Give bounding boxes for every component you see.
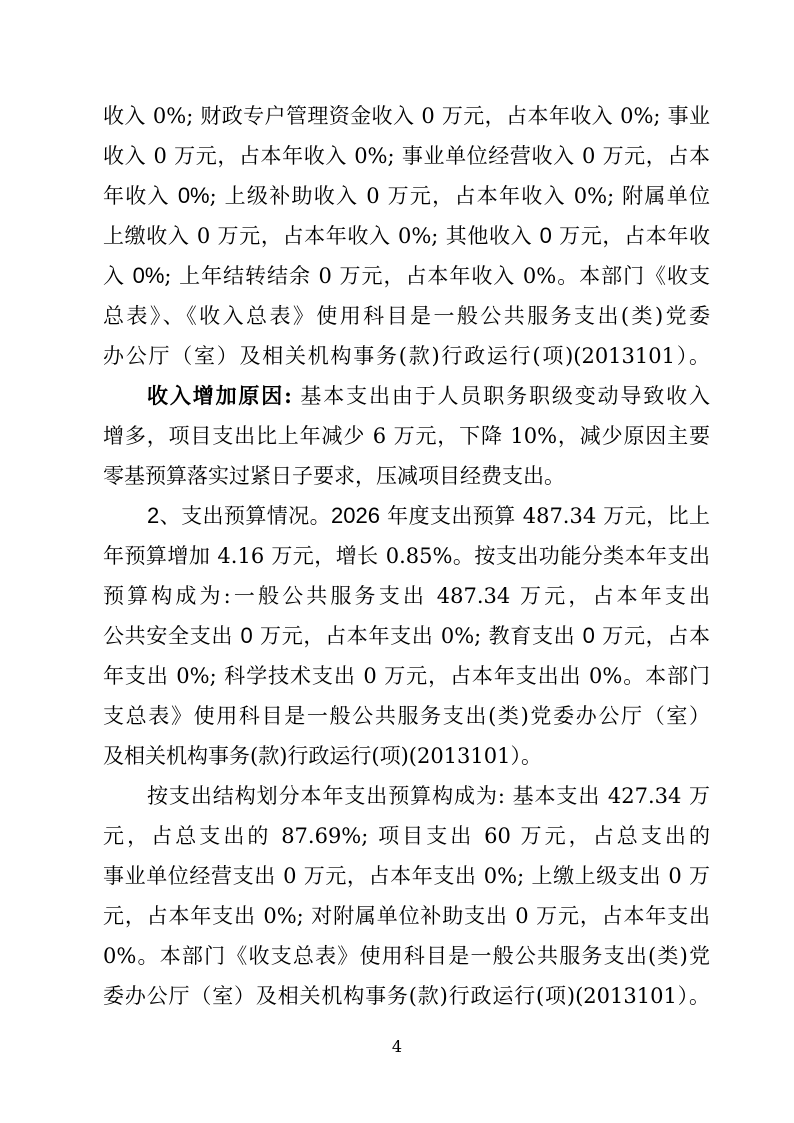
text-segment: 收入 0%; 财政专户管理资金收入 0 万元，占本年收入 0%; 事业: [103, 104, 710, 128]
text-line: 及相关机构事务(款)行政运行(项)(2013101）。: [103, 736, 710, 776]
text-line: 上缴收入 0 万元，占本年收入 0%; 其他收入 0 万元，占本年收: [103, 216, 710, 256]
numeric-highlight: 0: [583, 623, 595, 648]
text-segment: 零基预算落实过紧日子要求，压减项目经费支出。: [103, 464, 565, 488]
text-line: 事业单位经营支出 0 万元，占本年支出 0%; 上缴上级支出 0 万: [103, 856, 710, 896]
text-line: 收入 0 万元，占本年收入 0%; 事业单位经营收入 0 万元，占本: [103, 136, 710, 176]
text-segment: 委办公厅（室）及相关机构事务(款)行政运行(项)(2013101）。: [103, 984, 710, 1008]
text-segment: 事业单位经营支出 0 万元，占本年支出 0%; 上缴上级支出 0 万: [103, 864, 710, 888]
text-line: 年支出 0%; 科学技术支出 0 万元，占本年支出出 0%。本部门《收: [103, 656, 710, 696]
text-segment: 及相关机构事务(款)行政运行(项)(2013101）。: [103, 744, 542, 768]
numeric-highlight: 0: [540, 223, 552, 248]
paragraph: 按支出结构划分本年支出预算构成为: 基本支出 427.34 万元，占总支出的 8…: [103, 776, 710, 1016]
text-segment: 支总表》使用科目是一般公共服务支出(类)党委办公厅（室）: [103, 704, 710, 728]
page-number: 4: [0, 1038, 794, 1056]
text-segment: 预算构成为:一般公共服务支出 487.34 万元，占本年支出 100%;: [103, 584, 710, 616]
text-segment: 年预算增加 4.16 万元，增长 0.85%。按支出功能分类本年支出: [103, 544, 710, 568]
text-segment: 增多，项目支出比上年减少 6 万元，下降 10%，减少原因主要是:: [103, 424, 710, 456]
text-segment: 、支出预算情况。: [159, 504, 331, 528]
numeric-highlight: 0: [240, 623, 252, 648]
text-line: 元，占总支出的 87.69%; 项目支出 60 万元，占总支出的 12.31%;: [103, 816, 710, 856]
text-segment: 万元，占本: [595, 624, 710, 648]
text-line: 公共安全支出 0 万元，占本年支出 0%; 教育支出 0 万元，占本: [103, 616, 710, 656]
text-segment: 入: [103, 264, 133, 288]
text-line: 按支出结构划分本年支出预算构成为: 基本支出 427.34 万: [103, 776, 710, 816]
text-line: 年预算增加 4.16 万元，增长 0.85%。按支出功能分类本年支出: [103, 536, 710, 576]
document-page: 收入 0%; 财政专户管理资金收入 0 万元，占本年收入 0%; 事业收入 0 …: [0, 0, 794, 1123]
text-segment: 收入 0 万元，占本年收入 0%; 事业单位经营收入 0 万元，占本: [103, 144, 710, 168]
text-segment: 上缴收入 0 万元，占本年收入 0%; 其他收入: [103, 224, 540, 248]
text-line: 元，占本年支出 0%; 对附属单位补助支出 0 万元，占本年支出: [103, 896, 710, 936]
text-line: 支总表》使用科目是一般公共服务支出(类)党委办公厅（室）: [103, 696, 710, 736]
text-segment: 基本支出由于人员职务职级变动导致收入: [292, 384, 710, 408]
text-line: 总表》、《收入总表》使用科目是一般公共服务支出(类)党委: [103, 296, 710, 336]
text-line: 委办公厅（室）及相关机构事务(款)行政运行(项)(2013101）。: [103, 976, 710, 1016]
text-line: 0%。本部门《收支总表》使用科目是一般公共服务支出(类)党: [103, 936, 710, 976]
paragraph: 收入 0%; 财政专户管理资金收入 0 万元，占本年收入 0%; 事业收入 0 …: [103, 96, 710, 376]
text-line: 办公厅（室）及相关机构事务(款)行政运行(项)(2013101）。: [103, 336, 710, 376]
document-body: 收入 0%; 财政专户管理资金收入 0 万元，占本年收入 0%; 事业收入 0 …: [103, 96, 710, 1016]
paragraph: 收入增加原因: 基本支出由于人员职务职级变动导致收入增多，项目支出比上年减少 6…: [103, 376, 710, 496]
text-segment: 0%。本部门《收支总表》使用科目是一般公共服务支出(类)党: [103, 944, 710, 968]
text-segment: 元，占总支出的 87.69%; 项目支出 60 万元，占总支出的 12.31%;: [103, 824, 710, 856]
text-line: 预算构成为:一般公共服务支出 487.34 万元，占本年支出 100%;: [103, 576, 710, 616]
text-line: 收入 0%; 财政专户管理资金收入 0 万元，占本年收入 0%; 事业: [103, 96, 710, 136]
text-segment: 年支出 0%; 科学技术支出 0 万元，占本年支出出 0%。本部门《收: [103, 664, 710, 696]
numeric-highlight: 0%: [178, 183, 210, 208]
text-line: 年收入 0%; 上级补助收入 0 万元，占本年收入 0%; 附属单位: [103, 176, 710, 216]
text-line: 收入增加原因: 基本支出由于人员职务职级变动导致收入: [103, 376, 710, 416]
text-segment: 总表》、《收入总表》使用科目是一般公共服务支出(类)党委: [103, 304, 710, 328]
text-line: 2、支出预算情况。2026 年度支出预算 487.34 万元，比上: [103, 496, 710, 536]
text-segment: 公共安全支出: [103, 624, 240, 648]
text-line: 零基预算落实过紧日子要求，压减项目经费支出。: [103, 456, 710, 496]
text-segment: 元，占本年支出 0%; 对附属单位补助支出 0 万元，占本年支出: [103, 904, 710, 928]
text-segment: 年度支出预算 487.34 万元，比上: [380, 504, 710, 528]
text-segment: ; 上级补助收入 0 万元，占本年收入 0%; 附属单位: [210, 184, 710, 208]
numeric-highlight: 0%: [133, 263, 165, 288]
text-segment: ; 上年结转结余 0 万元，占本年收入 0%。本部门《收支: [164, 264, 710, 288]
paragraph: 2、支出预算情况。2026 年度支出预算 487.34 万元，比上年预算增加 4…: [103, 496, 710, 776]
numeric-highlight: 2: [147, 503, 159, 528]
text-segment: 按支出结构划分本年支出预算构成为: 基本支出 427.34 万: [147, 784, 710, 808]
text-segment: 年收入: [103, 184, 178, 208]
bold-label: 收入增加原因:: [147, 383, 292, 408]
text-segment: 万元，占本年收: [552, 224, 710, 248]
text-line: 入 0%; 上年结转结余 0 万元，占本年收入 0%。本部门《收支: [103, 256, 710, 296]
numeric-highlight: 2026: [331, 503, 380, 528]
text-segment: 办公厅（室）及相关机构事务(款)行政运行(项)(2013101）。: [103, 344, 710, 368]
text-segment: 万元，占本年支出 0%; 教育支出: [253, 624, 583, 648]
text-line: 增多，项目支出比上年减少 6 万元，下降 10%，减少原因主要是:: [103, 416, 710, 456]
